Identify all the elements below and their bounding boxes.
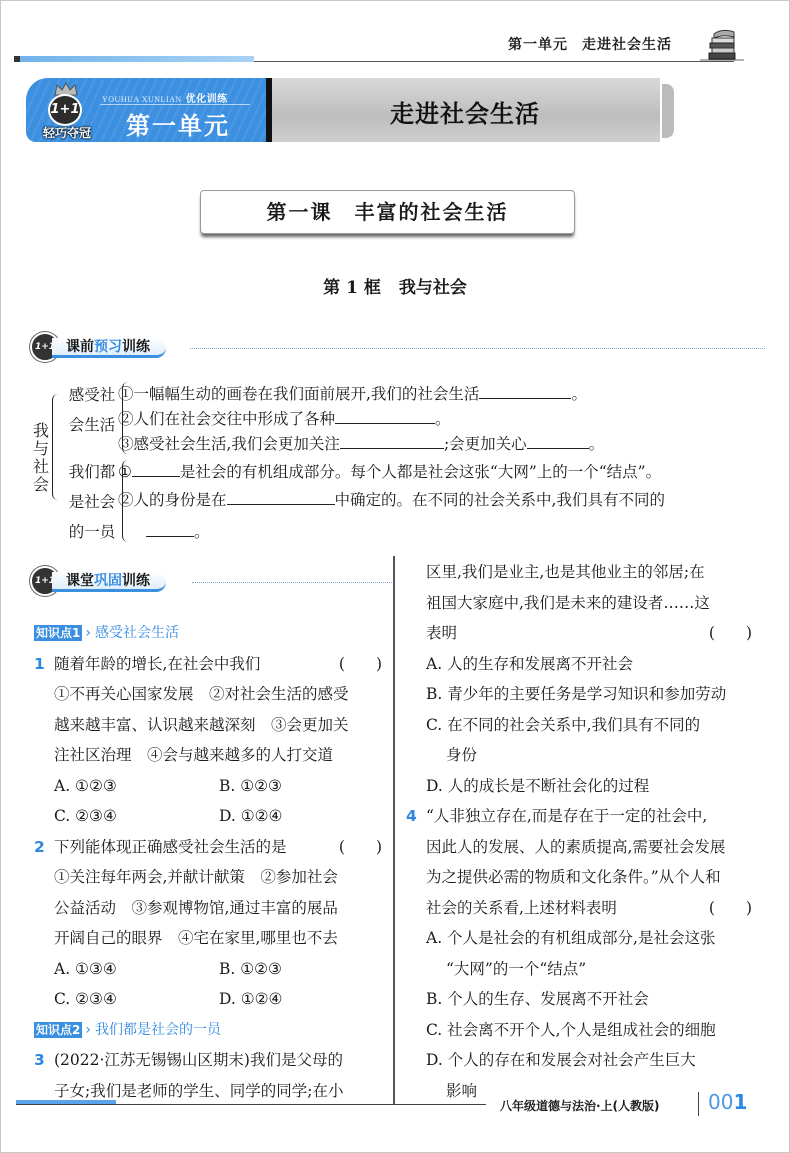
branch-label-line: 我们都 bbox=[60, 457, 124, 487]
option-c-continued: 身份 bbox=[406, 740, 756, 771]
question-stem: 1随着年龄的增长,在社会中我们( ) bbox=[34, 649, 386, 680]
section-title-highlight: 巩固 bbox=[94, 573, 122, 589]
item-suffix: 。 bbox=[589, 435, 605, 453]
question-stem: 2下列能体现正确感受社会生活的是( ) bbox=[34, 832, 386, 863]
unit-title: 走进社会生活 bbox=[390, 94, 540, 129]
item-suffix: 。 bbox=[571, 385, 587, 403]
fill-blank[interactable] bbox=[132, 461, 180, 477]
section-title-post: 训练 bbox=[122, 573, 150, 589]
section-title-pre: 课前 bbox=[66, 339, 94, 355]
knowledge-point-title: 感受社会生活 bbox=[95, 625, 179, 641]
options-row: C. ②③④ D. ①②④ bbox=[34, 984, 386, 1015]
column-divider bbox=[393, 556, 395, 1104]
header-accent-bar bbox=[14, 56, 254, 62]
answer-blank[interactable]: ( ) bbox=[709, 618, 756, 649]
option-d[interactable]: D. 个人的存在和发展会对社会产生巨大 bbox=[406, 1045, 756, 1076]
fill-blank[interactable] bbox=[479, 383, 571, 399]
mind-map-item: ①是社会的有机组成部分。每个人都是社会这张“大网”上的一个“结点”。 bbox=[118, 460, 661, 484]
banner-cap bbox=[662, 84, 674, 138]
mind-map-item: ①一幅幅生动的画卷在我们面前展开,我们的社会生活。 bbox=[118, 382, 587, 406]
knowledge-point-2: 知识点2›我们都是社会的一员 bbox=[34, 1015, 386, 1046]
section-title: 课前预习训练 bbox=[52, 338, 166, 358]
knowledge-point-badge: 知识点2 bbox=[34, 1022, 82, 1038]
right-column: 区里,我们是业主,也是其他业主的邻居;在 祖国大家庭中,我们是未来的建设者……这… bbox=[406, 557, 756, 1106]
section-dotted-rule bbox=[192, 582, 392, 583]
question-3-part-2: 区里,我们是业主,也是其他业主的邻居;在 祖国大家庭中,我们是未来的建设者……这… bbox=[406, 557, 756, 801]
preview-section-header: 1+1 课前预习训练 bbox=[30, 332, 770, 362]
books-stack-icon bbox=[700, 28, 746, 62]
running-header-unit: 第一单元 bbox=[508, 37, 568, 53]
question-1: 1随着年龄的增长,在社会中我们( ) ①不再关心国家发展 ②对社会生活的感受 越… bbox=[34, 649, 386, 832]
mind-map-root: 我与社会 bbox=[32, 422, 50, 494]
knowledge-point-title: 我们都是社会的一员 bbox=[95, 1022, 221, 1038]
stem-line: “人非独立存在,而是存在于一定的社会中, bbox=[426, 807, 707, 825]
page-number: 001 bbox=[708, 1090, 747, 1114]
fill-blank[interactable] bbox=[146, 521, 194, 537]
mind-map-item: ②人们在社会交往中形成了各种。 bbox=[118, 407, 451, 431]
chevron-right-icon: › bbox=[85, 1022, 91, 1038]
answer-blank[interactable]: ( ) bbox=[709, 893, 756, 924]
question-4: 4“人非独立存在,而是存在于一定的社会中, 因此人的发展、人的素质提高,需要社会… bbox=[406, 801, 756, 1106]
stem-text: 表明 bbox=[426, 624, 457, 642]
stem-text: 社会的关系看,上述材料表明 bbox=[426, 899, 617, 917]
footer-book-title: 八年级道德与法治·上(人教版) bbox=[500, 1097, 660, 1114]
knowledge-point-1: 知识点1›感受社会生活 bbox=[34, 618, 386, 649]
question-2: 2下列能体现正确感受社会生活的是( ) ①关注每年两会,并献计献策 ②参加社会 … bbox=[34, 832, 386, 1015]
branch-label-1: 感受社 会生活 bbox=[60, 380, 124, 440]
section-title-pre: 课堂 bbox=[66, 573, 94, 589]
options-row: C. ②③④ D. ①②④ bbox=[34, 801, 386, 832]
option-d[interactable]: D. ①②④ bbox=[219, 801, 384, 832]
branch-label-2: 我们都 是社会 的一员 bbox=[60, 457, 124, 547]
running-header-title: 第一单元走进社会生活 bbox=[508, 34, 672, 54]
section-title-highlight: 预习 bbox=[94, 339, 122, 355]
mind-map-item: 。 bbox=[146, 520, 210, 544]
footer-separator bbox=[698, 1092, 699, 1116]
stem-line: 下列能体现正确感受社会生活的是 bbox=[54, 838, 287, 856]
stem-line: 注社区治理 ④会与越来越多的人打交道 bbox=[34, 740, 386, 771]
item-text: ③感受社会生活,我们会更加关注 bbox=[118, 435, 340, 453]
page-number-prefix: 00 bbox=[708, 1090, 733, 1114]
option-b[interactable]: B. 个人的生存、发展离不开社会 bbox=[406, 984, 756, 1015]
stem-line: 祖国大家庭中,我们是未来的建设者……这 bbox=[406, 588, 756, 619]
fill-blank[interactable] bbox=[227, 489, 335, 505]
question-number: 1 bbox=[34, 649, 54, 680]
fill-blank[interactable] bbox=[335, 408, 435, 424]
section-title: 课堂巩固训练 bbox=[52, 572, 166, 592]
mind-map-item: ③感受社会生活,我们会更加关注;会更加关心。 bbox=[118, 432, 604, 456]
question-number: 2 bbox=[34, 832, 54, 863]
footer-rule bbox=[16, 1104, 486, 1105]
option-a[interactable]: A. 人的生存和发展离不开社会 bbox=[406, 649, 756, 680]
series-underline bbox=[100, 104, 250, 105]
classroom-section-header: 1+1 课堂巩固训练 bbox=[30, 566, 380, 596]
frame-title: 第 1 框我与社会 bbox=[0, 273, 790, 298]
branch-label-line: 会生活 bbox=[60, 410, 124, 440]
question-3-part-1: 3(2022·江苏无锡锡山区期末)我们是父母的 子女;我们是老师的学生、同学的同… bbox=[34, 1045, 386, 1106]
question-number: 3 bbox=[34, 1045, 54, 1076]
stem-line: (2022·江苏无锡锡山区期末)我们是父母的 bbox=[54, 1051, 343, 1069]
answer-blank[interactable]: ( ) bbox=[339, 649, 386, 680]
option-c[interactable]: C. 社会离不开个人,个人是组成社会的细胞 bbox=[406, 1015, 756, 1046]
running-header-unit-title: 走进社会生活 bbox=[582, 37, 672, 53]
section-title-post: 训练 bbox=[122, 339, 150, 355]
root-brace bbox=[52, 394, 60, 500]
question-stem: 3(2022·江苏无锡锡山区期末)我们是父母的 bbox=[34, 1045, 386, 1076]
question-number: 4 bbox=[406, 801, 426, 832]
item-text: ②人的身份是在 bbox=[118, 491, 227, 509]
stem-line: ①不再关心国家发展 ②对社会生活的感受 bbox=[34, 679, 386, 710]
fill-blank[interactable] bbox=[340, 433, 444, 449]
stem-line: ①关注每年两会,并献计献策 ②参加社会 bbox=[34, 862, 386, 893]
stem-line: 越来越丰富、认识越来越深刻 ③会更加关 bbox=[34, 710, 386, 741]
option-a-continued: “大网”的一个“结点” bbox=[406, 954, 756, 985]
option-c[interactable]: C. ②③④ bbox=[54, 984, 219, 1015]
option-d[interactable]: D. ①②④ bbox=[219, 984, 384, 1015]
knowledge-point-badge: 知识点1 bbox=[34, 625, 82, 641]
unit-banner: 1+1 轻巧夺冠 YOUHUA XUNLIAN优化训练 第一单元 走进社会生活 bbox=[26, 78, 676, 142]
frame-number: 第 1 框 bbox=[323, 278, 381, 298]
stem-line: 区里,我们是业主,也是其他业主的邻居;在 bbox=[406, 557, 756, 588]
item-mid: ;会更加关心 bbox=[444, 435, 527, 453]
option-a[interactable]: A. 个人是社会的有机组成部分,是社会这张 bbox=[406, 923, 756, 954]
option-d[interactable]: D. 人的成长是不断社会化的过程 bbox=[406, 771, 756, 802]
item-suffix: 。 bbox=[435, 410, 451, 428]
option-b[interactable]: B. 青少年的主要任务是学习知识和参加劳动 bbox=[406, 679, 756, 710]
option-c[interactable]: C. ②③④ bbox=[54, 801, 219, 832]
logo-text: 轻巧夺冠 bbox=[36, 124, 98, 141]
logo-number: 1+1 bbox=[48, 94, 82, 126]
mind-map-item: ②人的身份是在中确定的。在不同的社会关系中,我们具有不同的 bbox=[118, 488, 665, 512]
unit-banner-blue: 1+1 轻巧夺冠 YOUHUA XUNLIAN优化训练 第一单元 bbox=[26, 78, 266, 142]
answer-blank[interactable]: ( ) bbox=[339, 832, 386, 863]
item-prefix: ① bbox=[118, 463, 132, 481]
branch-label-line: 感受社 bbox=[60, 380, 124, 410]
stem-line: 因此人的发展、人的素质提高,需要社会发展 bbox=[406, 832, 756, 863]
header-rule bbox=[254, 61, 734, 62]
series-pinyin: YOUHUA XUNLIAN bbox=[102, 95, 182, 104]
branch-label-line: 是社会 bbox=[60, 487, 124, 517]
item-text: ②人们在社会交往中形成了各种 bbox=[118, 410, 335, 428]
lesson-title-box: 第一课丰富的社会生活 bbox=[200, 190, 575, 234]
stem-line: 为之提供必需的物质和文化条件。”从个人和 bbox=[406, 862, 756, 893]
question-stem: 4“人非独立存在,而是存在于一定的社会中, bbox=[406, 801, 756, 832]
option-b[interactable]: B. ①②③ bbox=[219, 954, 384, 985]
lesson-title: 丰富的社会生活 bbox=[355, 200, 509, 224]
branch-label-line: 的一员 bbox=[60, 517, 124, 547]
item-mid: 中确定的。在不同的社会关系中,我们具有不同的 bbox=[335, 491, 665, 509]
item-text: ①一幅幅生动的画卷在我们面前展开,我们的社会生活 bbox=[118, 385, 479, 403]
stem-line: 社会的关系看,上述材料表明( ) bbox=[406, 893, 756, 924]
option-c[interactable]: C. 在不同的社会关系中,我们具有不同的 bbox=[406, 710, 756, 741]
left-column: 知识点1›感受社会生活 1随着年龄的增长,在社会中我们( ) ①不再关心国家发展… bbox=[34, 618, 386, 1106]
item-suffix: 。 bbox=[194, 523, 210, 541]
header-accent-cap bbox=[14, 56, 20, 62]
unit-label: 第一单元 bbox=[126, 106, 230, 141]
page-number-last: 1 bbox=[733, 1090, 747, 1114]
option-a[interactable]: A. ①②③ bbox=[54, 771, 219, 802]
stem-line: 随着年龄的增长,在社会中我们 bbox=[54, 655, 260, 673]
brand-logo: 1+1 轻巧夺冠 bbox=[36, 82, 96, 140]
series-label: YOUHUA XUNLIAN优化训练 bbox=[102, 90, 228, 105]
options-row: A. ①②③ B. ①②③ bbox=[34, 771, 386, 802]
stem-line: 表明( ) bbox=[406, 618, 756, 649]
stem-line: 公益活动 ③参观博物馆,通过丰富的展品 bbox=[34, 893, 386, 924]
options-row: A. ①③④ B. ①②③ bbox=[34, 954, 386, 985]
chevron-right-icon: › bbox=[85, 625, 91, 641]
frame-name: 我与社会 bbox=[399, 278, 467, 298]
mind-map: 我与社会 感受社 会生活 ①一幅幅生动的画卷在我们面前展开,我们的社会生活。 ②… bbox=[30, 380, 770, 550]
section-dotted-rule bbox=[190, 348, 765, 349]
stem-line: 开阔自己的眼界 ④宅在家里,哪里也不去 bbox=[34, 923, 386, 954]
option-b[interactable]: B. ①②③ bbox=[219, 771, 384, 802]
lesson-number: 第一课 bbox=[267, 200, 333, 224]
option-a[interactable]: A. ①③④ bbox=[54, 954, 219, 985]
item-text: 是社会的有机组成部分。每个人都是社会这张“大网”上的一个“结点”。 bbox=[180, 463, 661, 481]
fill-blank[interactable] bbox=[527, 433, 589, 449]
